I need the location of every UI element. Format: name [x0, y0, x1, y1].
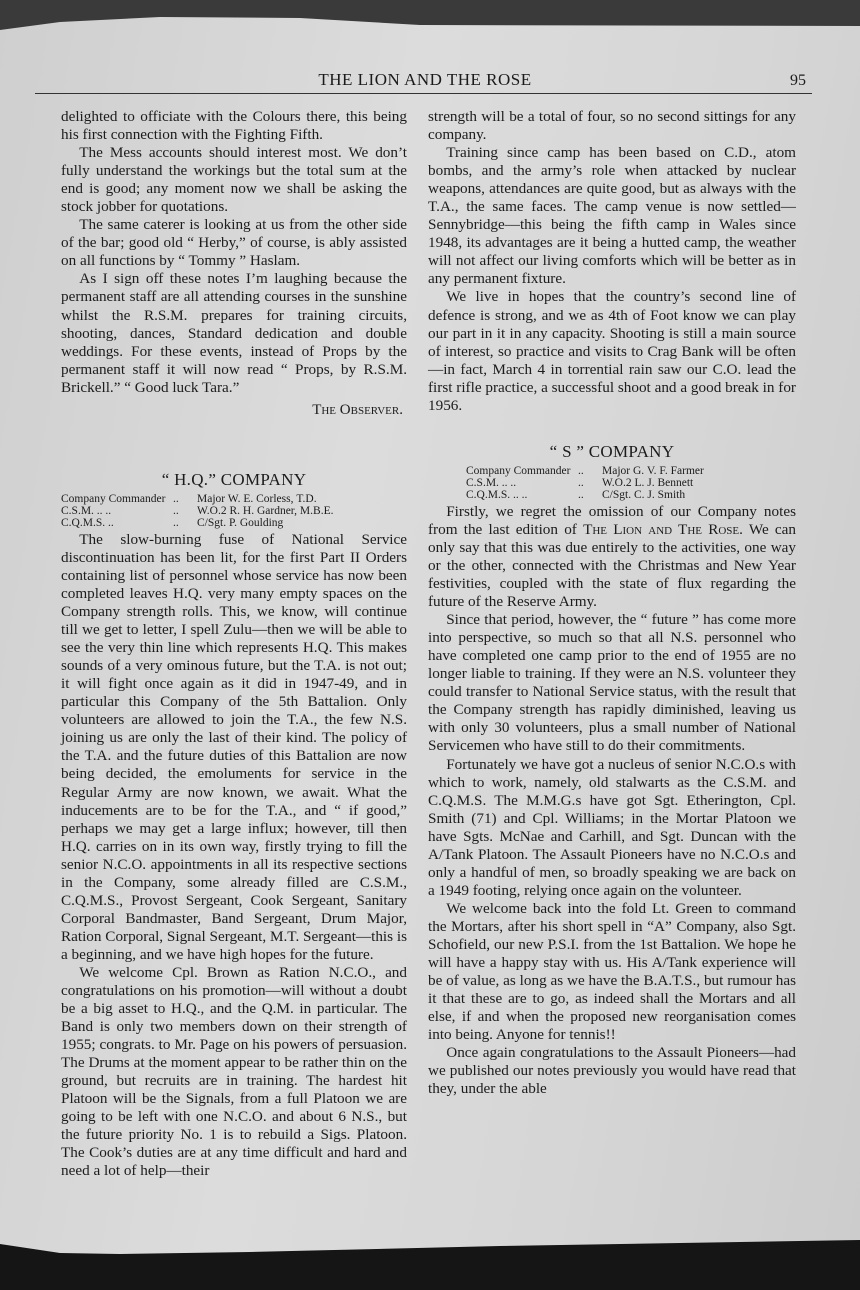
leader-dots: ..: [578, 477, 602, 489]
paragraph: We welcome back into the fold Lt. Green …: [428, 900, 796, 1044]
paragraph: The Mess accounts should interest most. …: [61, 144, 407, 216]
officer-row: C.Q.M.S. .. .. C/Sgt. P. Goulding: [61, 517, 333, 529]
paragraph: delighted to officiate with the Colours …: [61, 108, 407, 144]
leader-dots: ..: [173, 517, 197, 529]
officer-row: C.S.M. .. .. .. W.O.2 R. H. Gardner, M.B…: [61, 505, 333, 517]
publication-title: THE LION AND THE ROSE: [30, 70, 820, 90]
section-title-hq-company: “ H.Q.” COMPANY: [61, 471, 407, 489]
officer-role: C.S.M. .. ..: [466, 477, 578, 489]
officer-name: Major G. V. F. Farmer: [602, 465, 704, 477]
paragraph: strength will be a total of four, so no …: [428, 108, 796, 144]
officer-name: W.O.2 R. H. Gardner, M.B.E.: [197, 505, 333, 517]
paragraph: The same caterer is looking at us from t…: [61, 216, 407, 270]
paragraph: Fortunately we have got a nucleus of sen…: [428, 756, 796, 900]
header-rule: [35, 93, 812, 94]
officer-row: C.Q.M.S. .. .. .. C/Sgt. C. J. Smith: [466, 489, 704, 501]
officer-role: C.S.M. .. ..: [61, 505, 173, 517]
officer-row: Company Commander .. Major W. E. Corless…: [61, 493, 333, 505]
honour: T.D.: [296, 493, 316, 505]
officer-row: C.S.M. .. .. .. W.O.2 L. J. Bennett: [466, 477, 704, 489]
author-signoff: The Observer.: [61, 401, 403, 419]
paragraph: We live in hopes that the country’s seco…: [428, 288, 796, 414]
section-title-s-company: “ S ” COMPANY: [428, 443, 796, 461]
page-number: 95: [790, 72, 806, 90]
officer-name: Major W. E. Corless, T.D.: [197, 493, 333, 505]
running-header: THE LION AND THE ROSE 95: [30, 70, 820, 94]
officer-role: C.Q.M.S. .. ..: [466, 489, 578, 501]
paragraph: Firstly, we regret the omission of our C…: [428, 503, 796, 611]
officer-name: W.O.2 L. J. Bennett: [602, 477, 704, 489]
honour: M.B.E.: [300, 505, 334, 517]
paragraph: As I sign off these notes I’m laughing b…: [61, 270, 407, 396]
officer-name: C/Sgt. P. Goulding: [197, 517, 333, 529]
paragraph: We welcome Cpl. Brown as Ration N.C.O., …: [61, 964, 407, 1181]
officer-role: C.Q.M.S. ..: [61, 517, 173, 529]
paragraph: Since that period, however, the “ future…: [428, 611, 796, 755]
officer-list-hq: Company Commander .. Major W. E. Corless…: [61, 493, 333, 529]
leader-dots: ..: [173, 505, 197, 517]
officer-role: Company Commander: [61, 493, 173, 505]
magazine-page: THE LION AND THE ROSE 95 delighted to of…: [0, 0, 860, 1290]
leader-dots: ..: [578, 489, 602, 501]
officer-role: Company Commander: [466, 465, 578, 477]
publication-name: The Lion and The Rose: [583, 521, 739, 538]
right-column: strength will be a total of four, so no …: [428, 108, 796, 1098]
officer-list-s: Company Commander .. Major G. V. F. Farm…: [466, 465, 704, 501]
leader-dots: ..: [578, 465, 602, 477]
officer-row: Company Commander .. Major G. V. F. Farm…: [466, 465, 704, 477]
leader-dots: ..: [173, 493, 197, 505]
paragraph: Once again congratulations to the Assaul…: [428, 1044, 796, 1098]
officer-name: C/Sgt. C. J. Smith: [602, 489, 704, 501]
left-column: delighted to officiate with the Colours …: [61, 108, 407, 1181]
paragraph: The slow-burning fuse of National Servic…: [61, 531, 407, 964]
paragraph: Training since camp has been based on C.…: [428, 144, 796, 288]
